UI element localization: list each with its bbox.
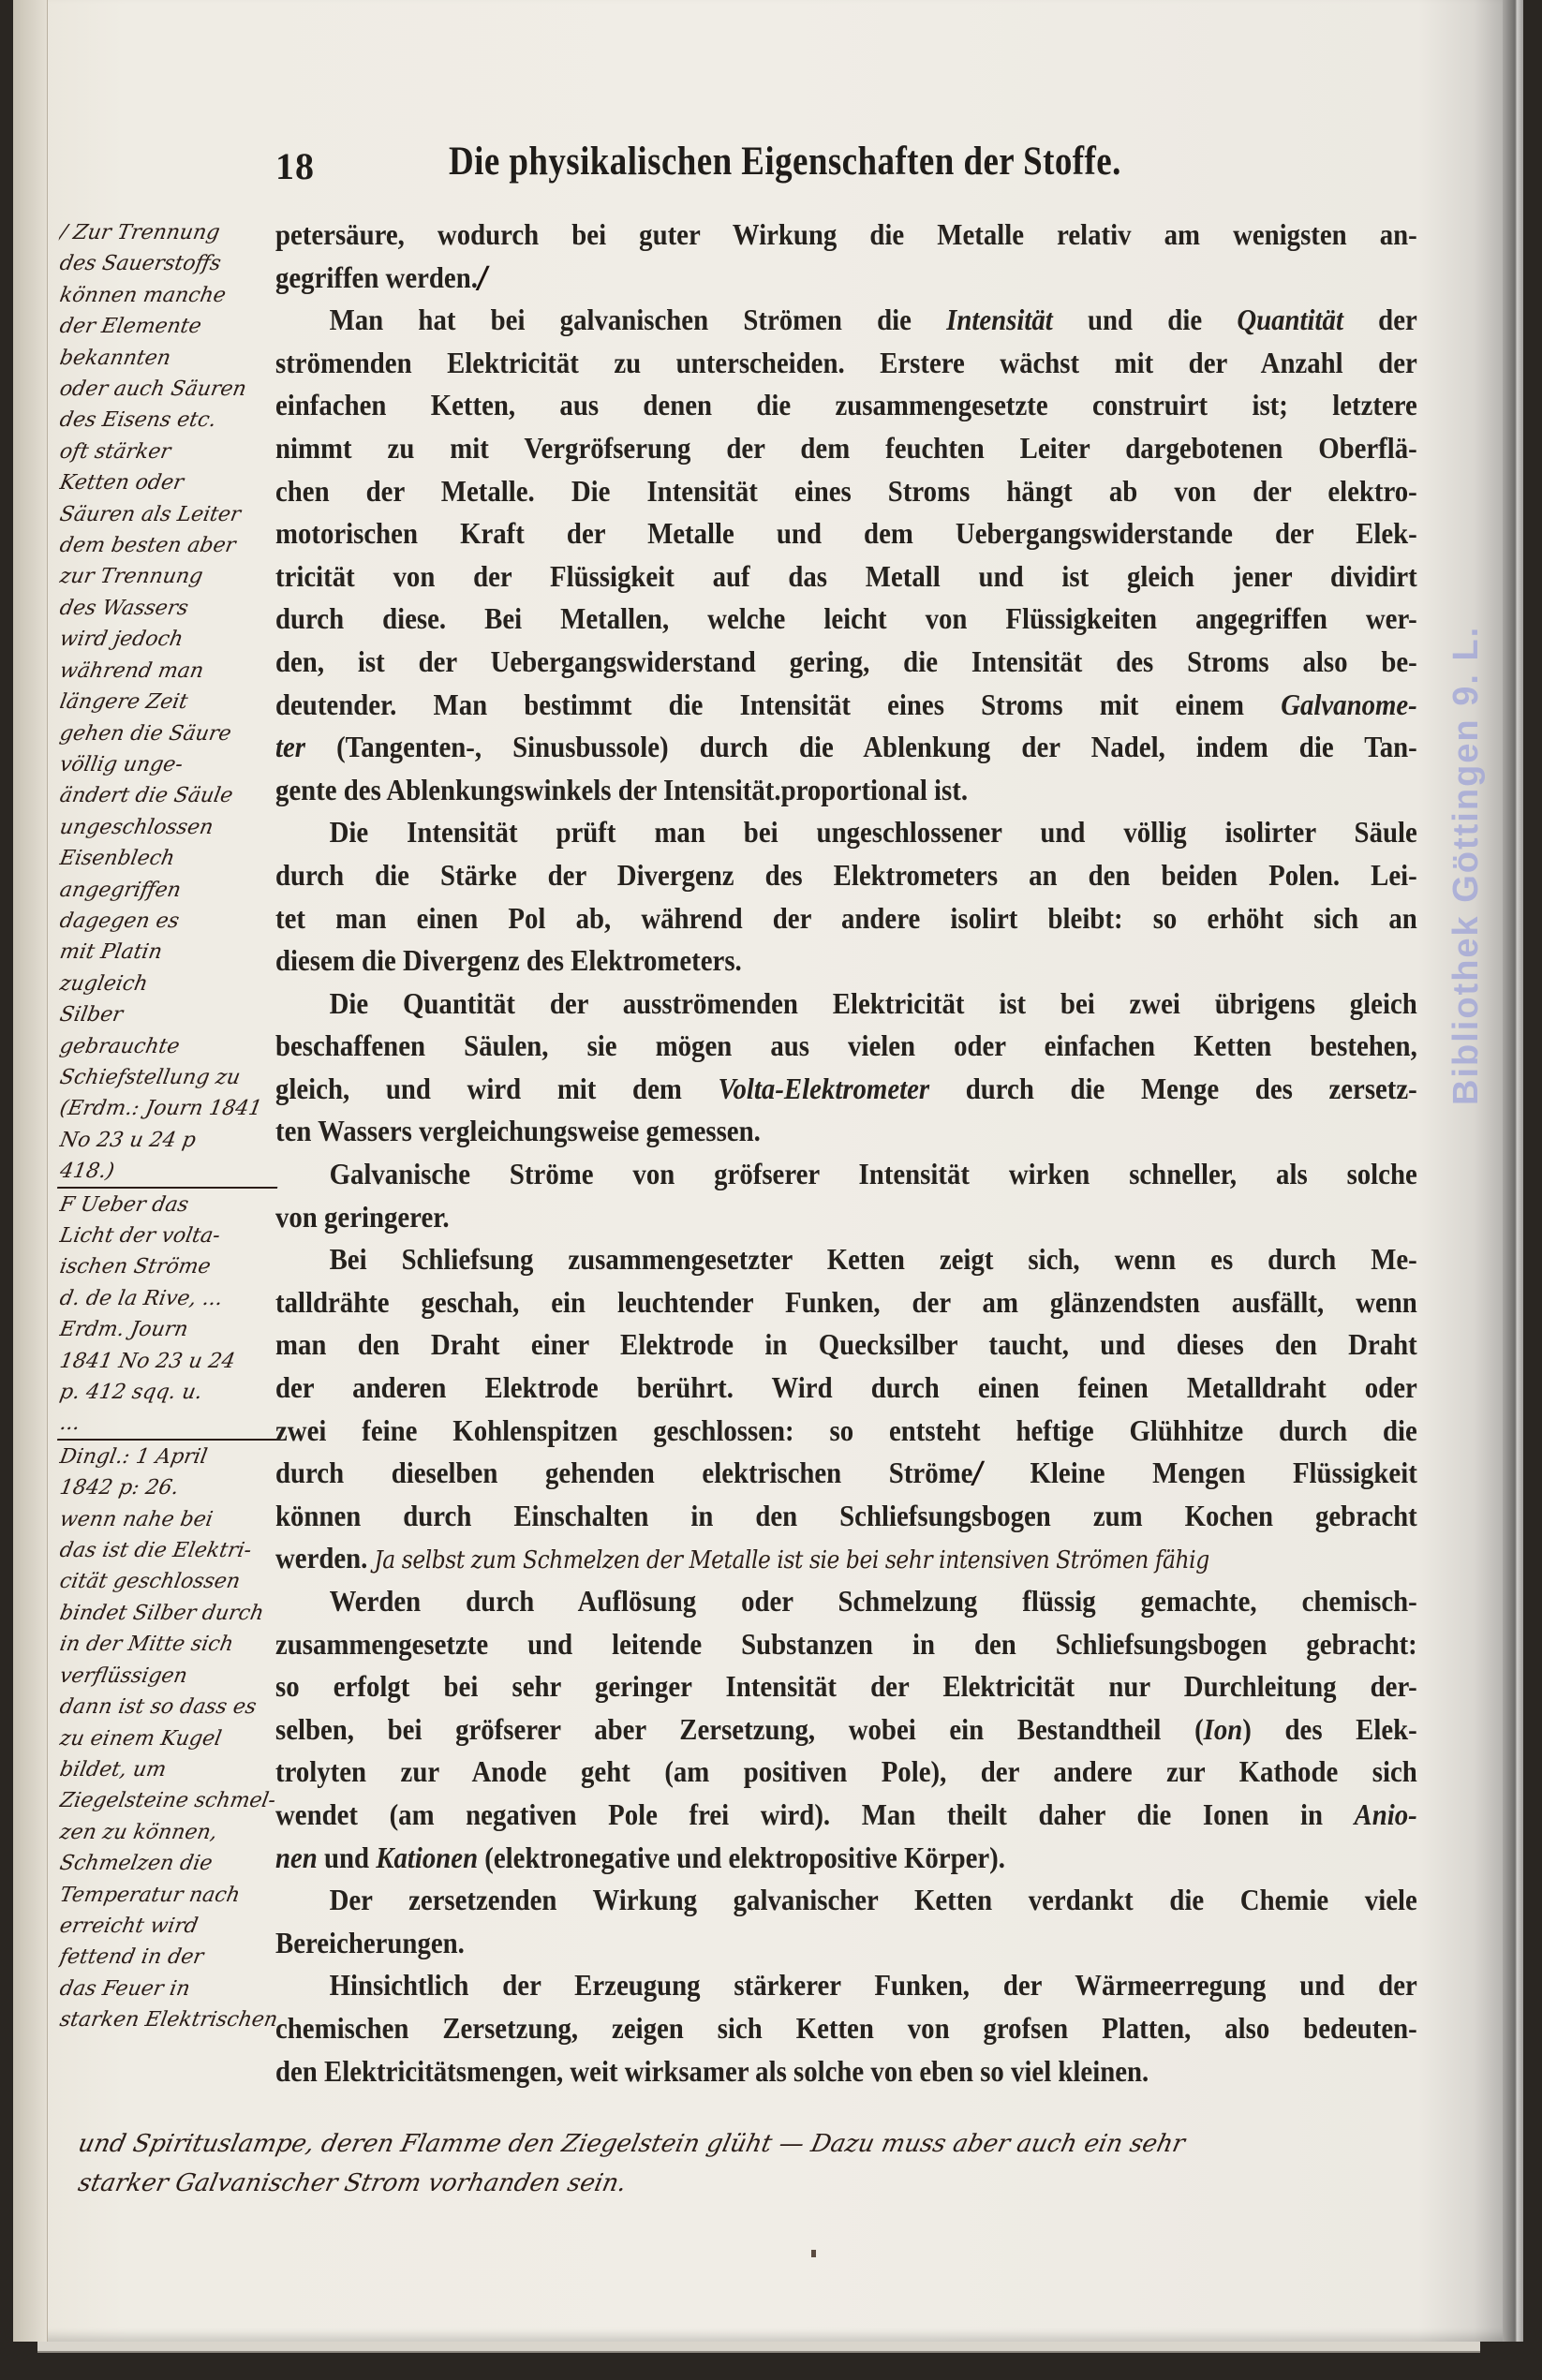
handwritten-insertion: Ja selbst zum Schmelzen der Metalle ist … (367, 1546, 1208, 1574)
margin-note-line: während man (57, 656, 283, 687)
line-text: zusammengesetzte und leitende Substanzen… (275, 1627, 1417, 1661)
text-line: durch die Stärke der Divergenz des Elekt… (275, 854, 1417, 897)
insertion-mark-icon: / (972, 1452, 983, 1495)
margin-note-line: dagegen es (57, 906, 283, 937)
margin-note-line: das ist die Elektri- (57, 1535, 283, 1566)
text-line: den, ist der Uebergangswiderstand gering… (275, 641, 1417, 684)
margin-note-line: d. de la Rive, ... (57, 1283, 283, 1314)
margin-note-line: oft stärker (57, 436, 283, 467)
emphasized-term: Ion (1204, 1712, 1243, 1746)
text-line: Die Intensität prüft man bei ungeschloss… (275, 811, 1417, 854)
margin-note-line: F Ueber das (57, 1190, 283, 1220)
line-text: durch diese. Bei Metallen, welche leicht… (275, 601, 1417, 635)
line-text: deutender. Man bestimmt die Intensität e… (275, 687, 1281, 721)
line-text: Die Intensität prüft man bei ungeschloss… (330, 815, 1417, 849)
text-line: Werden durch Auflösung oder Schmelzung f… (275, 1580, 1417, 1623)
bottom-handwritten-note: und Spirituslampe, deren Flamme den Zieg… (79, 2124, 1446, 2203)
margin-note-line: zugleich (57, 968, 283, 999)
book-page: 18 Die physikalischen Eigenschaften der … (13, 0, 1523, 2342)
margin-note-line: fettend in der (57, 1942, 283, 1973)
margin-note-line: völlig unge- (57, 749, 283, 780)
text-line: ten Wassers vergleichungsweise gemessen. (275, 1110, 1417, 1153)
line-text: den Elektricitätsmengen, weit wirksamer … (275, 2054, 1149, 2088)
handwritten-line: starker Galvanischer Strom vorhanden sei… (75, 2164, 1451, 2203)
text-line: Die Quantität der ausströmenden Elektric… (275, 983, 1417, 1026)
page-bottom-edge (37, 2342, 1480, 2353)
margin-note-line: 1841 No 23 u 24 (57, 1346, 283, 1377)
text-line: durch diese. Bei Metallen, welche leicht… (275, 598, 1417, 641)
text-line: Bereicherungen. (275, 1922, 1417, 1965)
margin-note-line: des Wassers (57, 593, 283, 624)
text-line: können durch Einschalten in den Schliefs… (275, 1495, 1417, 1538)
text-line: trolyten zur Anode geht (am positiven Po… (275, 1751, 1417, 1794)
emphasized-term: Quantität (1237, 303, 1343, 336)
line-text: diesem die Divergenz des Elektrometers. (275, 943, 742, 977)
body-text: petersäure, wodurch bei guter Wirkung di… (275, 214, 1418, 2092)
margin-note-line: gebrauchte (57, 1031, 283, 1062)
margin-note-line: wird jedoch (57, 624, 283, 655)
line-text: man den Draht einer Elektrode in Quecksi… (275, 1327, 1417, 1361)
margin-note-line: ... (57, 1408, 283, 1441)
margin-note-line: 418.) (57, 1156, 283, 1189)
text-line: den Elektricitätsmengen, weit wirksamer … (275, 2050, 1417, 2093)
page-left-edge (13, 0, 48, 2342)
line-text: Werden durch Auflösung oder Schmelzung f… (330, 1584, 1417, 1618)
margin-note-line: der Elemente (57, 311, 283, 342)
text-line: talldrähte geschah, ein leuchtender Funk… (275, 1281, 1417, 1324)
margin-note-line: wenn nahe bei (57, 1504, 283, 1535)
emphasized-term: nen (275, 1840, 318, 1874)
line-text: der anderen Elektrode berührt. Wird durc… (275, 1370, 1417, 1404)
line-text: gegriffen werden. (275, 260, 478, 294)
line-text: beschaffenen Säulen, sie mögen aus viele… (275, 1028, 1417, 1062)
text-line: gegriffen werden./ (275, 257, 1417, 300)
line-text: nimmt zu mit Vergröfserung der dem feuch… (275, 431, 1417, 465)
text-line: Hinsichtlich der Erzeugung stärkerer Fun… (275, 1964, 1417, 2007)
emphasized-term: Galvanome- (1281, 687, 1417, 721)
emphasized-term: Intensität (946, 303, 1053, 336)
line-text: tet man einen Pol ab, während der andere… (275, 901, 1417, 935)
emphasized-term: Volta-Elektrometer (719, 1072, 930, 1105)
line-text: tricität von der Flüssigkeit auf das Met… (275, 559, 1417, 593)
line-text: petersäure, wodurch bei guter Wirkung di… (275, 217, 1417, 251)
text-line: ter (Tangenten-, Sinusbussole) durch die… (275, 726, 1417, 769)
text-line: strömenden Elektricität zu unterscheiden… (275, 342, 1417, 385)
line-text: Kleine Mengen Flüssigkeit (983, 1456, 1417, 1489)
margin-note-line: mit Platin (57, 937, 283, 968)
margin-note-line: p. 412 sqq. u. (57, 1377, 283, 1408)
margin-note-line: des Eisens etc. (57, 405, 283, 436)
text-line: der anderen Elektrode berührt. Wird durc… (275, 1367, 1417, 1410)
line-text: trolyten zur Anode geht (am positiven Po… (275, 1754, 1417, 1788)
text-line: man den Draht einer Elektrode in Quecksi… (275, 1323, 1417, 1367)
margin-note-line: ändert die Säule (57, 780, 283, 811)
line-text: ten Wassers vergleichungsweise gemessen. (275, 1114, 761, 1147)
margin-note-line: gehen die Säure (57, 718, 283, 749)
text-line: motorischen Kraft der Metalle und dem Ue… (275, 512, 1417, 555)
handwritten-line: und Spirituslampe, deren Flamme den Zieg… (75, 2124, 1451, 2164)
line-text: chemischen Zersetzung, zeigen sich Kette… (275, 2011, 1417, 2045)
line-text: talldrähte geschah, ein leuchtender Funk… (275, 1285, 1417, 1319)
line-text: strömenden Elektricität zu unterscheiden… (275, 346, 1417, 379)
running-head: 18 Die physikalischen Eigenschaften der … (275, 139, 1400, 195)
line-text: durch die Stärke der Divergenz des Elekt… (275, 858, 1417, 892)
emphasized-term: Anio- (1355, 1797, 1417, 1831)
margin-note-line: verflüssigen (57, 1661, 283, 1692)
margin-note-line: dem besten aber (57, 530, 283, 561)
margin-note-line: cität geschlossen (57, 1566, 283, 1597)
margin-note-line: bekannten (57, 343, 283, 374)
text-line: einfachen Ketten, aus denen die zusammen… (275, 384, 1417, 427)
line-text: Hinsichtlich der Erzeugung stärkerer Fun… (330, 1968, 1417, 2002)
page-title: Die physikalischen Eigenschaften der Sto… (449, 139, 1121, 185)
binding-edge (1503, 0, 1523, 2342)
margin-note-line: zur Trennung (57, 561, 283, 592)
text-line: nimmt zu mit Vergröfserung der dem feuch… (275, 427, 1417, 470)
emphasized-term: Kationen (376, 1840, 478, 1874)
line-text: ) des Elek- (1242, 1712, 1416, 1746)
line-text: können durch Einschalten in den Schliefs… (275, 1499, 1417, 1532)
text-line: petersäure, wodurch bei guter Wirkung di… (275, 214, 1417, 257)
margin-note-line: das Feuer in (57, 1973, 283, 2004)
line-text: den, ist der Uebergangswiderstand gering… (275, 644, 1417, 678)
line-text: Bereicherungen. (275, 1926, 465, 1959)
line-text: (Tangenten-, Sinusbussole) durch die Abl… (305, 730, 1417, 763)
text-line: diesem die Divergenz des Elektrometers. (275, 939, 1417, 983)
text-line: zwei feine Kohlenspitzen geschlossen: so… (275, 1410, 1417, 1453)
margin-note-line: längere Zeit (57, 687, 283, 717)
text-line: wendet (am negativen Pole frei wird). Ma… (275, 1794, 1417, 1837)
text-line: so erfolgt bei sehr geringer Intensität … (275, 1665, 1417, 1708)
text-line: Der zersetzenden Wirkung galvanischer Ke… (275, 1879, 1417, 1922)
text-line: selben, bei gröfserer aber Zersetzung, w… (275, 1708, 1417, 1752)
library-stamp: Bibliothek Göttingen 9. L. (1446, 712, 1503, 1105)
text-line: Man hat bei galvanischen Strömen die Int… (275, 299, 1417, 342)
line-text: chen der Metalle. Die Intensität eines S… (275, 474, 1417, 508)
margin-note-line: ungeschlossen (57, 812, 283, 843)
line-text: werden. (275, 1541, 367, 1574)
margin-note-line: Temperatur nach (57, 1880, 283, 1911)
margin-annotations: / Zur Trennungdes Sauerstoffskönnen manc… (60, 217, 280, 2036)
line-text: gente des Ablenkungswinkels der Intensit… (275, 773, 968, 806)
margin-note-line: zu einem Kugel (57, 1723, 283, 1754)
text-line: durch dieselben gehenden elektrischen St… (275, 1452, 1417, 1495)
margin-note-line: des Sauerstoffs (57, 248, 283, 279)
margin-note-line: ischen Ströme (57, 1251, 283, 1282)
line-text: gleich, und wird mit dem (275, 1072, 719, 1105)
margin-note-line: (Erdm.: Journ 1841 (57, 1093, 283, 1124)
margin-note-line: in der Mitte sich (57, 1629, 283, 1660)
text-line: beschaffenen Säulen, sie mögen aus viele… (275, 1025, 1417, 1068)
line-text: der (1343, 303, 1417, 336)
margin-note-line: dann ist so dass es (57, 1692, 283, 1722)
margin-note-line: 1842 p: 26. (57, 1472, 283, 1503)
text-line: von geringerer. (275, 1196, 1417, 1239)
line-text: motorischen Kraft der Metalle und dem Ue… (275, 516, 1417, 550)
text-line: tet man einen Pol ab, während der andere… (275, 897, 1417, 940)
margin-note-line: Ketten oder (57, 467, 283, 498)
margin-note-line: No 23 u 24 p (57, 1125, 283, 1156)
text-line: Galvanische Ströme von gröfserer Intensi… (275, 1153, 1417, 1196)
insertion-mark-icon: / (478, 257, 488, 300)
text-line: gente des Ablenkungswinkels der Intensit… (275, 769, 1417, 812)
margin-note-line: Säuren als Leiter (57, 499, 283, 530)
line-text: Die Quantität der ausströmenden Elektric… (330, 986, 1417, 1020)
margin-note-line: Erdm. Journ (57, 1314, 283, 1345)
line-text: Der zersetzenden Wirkung galvanischer Ke… (330, 1883, 1417, 1916)
line-text: wendet (am negativen Pole frei wird). Ma… (275, 1797, 1355, 1831)
line-text: durch die Menge des zersetz- (929, 1072, 1417, 1105)
margin-note-line: angegriffen (57, 875, 283, 906)
margin-note-line: bildet, um (57, 1754, 283, 1785)
line-text: und die (1053, 303, 1238, 336)
line-text: zwei feine Kohlenspitzen geschlossen: so… (275, 1413, 1417, 1447)
margin-note-line: zen zu können, (57, 1817, 283, 1848)
text-line: deutender. Man bestimmt die Intensität e… (275, 684, 1417, 727)
ink-speck (811, 2250, 816, 2257)
line-text: Man hat bei galvanischen Strömen die (330, 303, 947, 336)
margin-note-line: Eisenblech (57, 843, 283, 874)
emphasized-term: ter (275, 730, 305, 763)
line-text: Galvanische Ströme von gröfserer Intensi… (330, 1157, 1417, 1190)
text-line: nen und Kationen (elektronegative und el… (275, 1837, 1417, 1880)
line-text: Bei Schliefsung zusammengesetzter Ketten… (330, 1242, 1417, 1276)
margin-note-line: Schmelzen die (57, 1848, 283, 1879)
margin-note-line: starken Elektrischen (57, 2004, 283, 2035)
line-text: durch dieselben gehenden elektrischen St… (275, 1456, 972, 1489)
line-text: und (318, 1840, 376, 1874)
text-line: chen der Metalle. Die Intensität eines S… (275, 470, 1417, 513)
line-text: von geringerer. (275, 1200, 450, 1234)
margin-note-line: Licht der volta- (57, 1220, 283, 1251)
text-line: tricität von der Flüssigkeit auf das Met… (275, 555, 1417, 599)
margin-note-line: bindet Silber durch (57, 1598, 283, 1629)
margin-note-line: Schiefstellung zu (57, 1062, 283, 1093)
line-text: (elektronegative und elektropositive Kör… (478, 1840, 1005, 1874)
margin-note-line: oder auch Säuren (57, 374, 283, 405)
line-text: selben, bei gröfserer aber Zersetzung, w… (275, 1712, 1204, 1746)
margin-note-line: Dingl.: 1 April (57, 1441, 283, 1472)
line-text: einfachen Ketten, aus denen die zusammen… (275, 388, 1417, 421)
margin-note-line: Silber (57, 999, 283, 1030)
margin-note-line: erreicht wird (57, 1911, 283, 1942)
margin-note-line: Ziegelsteine schmel- (57, 1785, 283, 1816)
line-text: so erfolgt bei sehr geringer Intensität … (275, 1669, 1417, 1703)
text-line: werden. Ja selbst zum Schmelzen der Meta… (275, 1537, 1417, 1580)
margin-note-line: / Zur Trennung (57, 217, 283, 248)
page-number: 18 (275, 144, 315, 188)
margin-note-line: können manche (57, 280, 283, 311)
text-line: Bei Schliefsung zusammengesetzter Ketten… (275, 1238, 1417, 1281)
text-line: gleich, und wird mit dem Volta-Elektrome… (275, 1068, 1417, 1111)
text-line: chemischen Zersetzung, zeigen sich Kette… (275, 2007, 1417, 2050)
text-line: zusammengesetzte und leitende Substanzen… (275, 1623, 1417, 1666)
